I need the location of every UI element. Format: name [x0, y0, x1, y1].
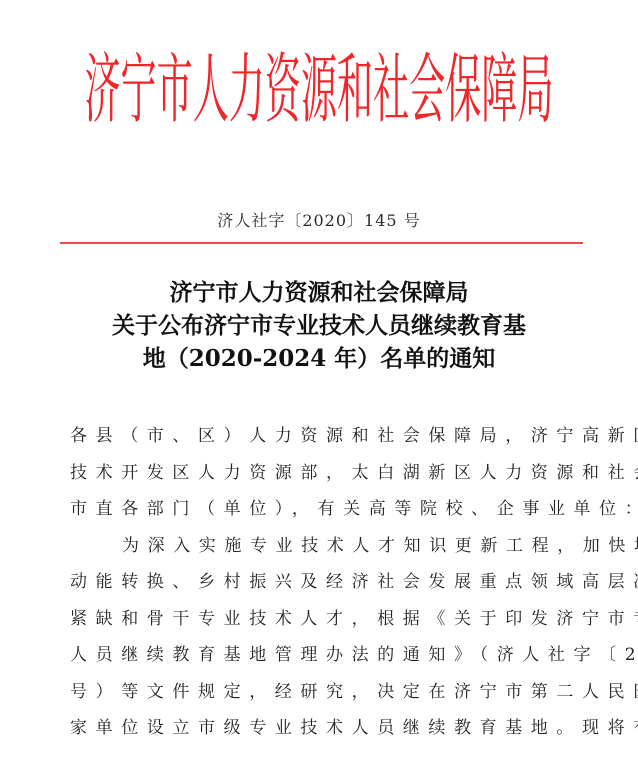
body-paragraph-line-2: 动能转换、乡村振兴及经济社会发展重点领域高层次、急需	[70, 564, 570, 601]
body-paragraph-line-4: 人员继续教育基地管理办法的通知》（济人社字〔2020〕102	[70, 637, 570, 674]
issuer-header-text: 济宁市人力资源和社会保障局	[84, 28, 553, 138]
body-paragraph-line-6: 家单位设立市级专业技术人员继续教育基地。现将有关事项	[70, 710, 570, 747]
title-line-1: 济宁市人力资源和社会保障局	[0, 276, 638, 309]
red-divider-rule	[60, 242, 583, 244]
document-number: 济人社字〔2020〕145 号	[0, 208, 638, 231]
title-line-2: 关于公布济宁市专业技术人员继续教育基	[0, 309, 638, 342]
addressee-line-1: 各县（市、区）人力资源和社会保障局，济宁高新区、经济	[70, 418, 570, 455]
title-line-3: 地（2020-2024 年）名单的通知	[0, 342, 638, 375]
addressee-line-2: 技术开发区人力资源部，太白湖新区人力资源和社会保障局，	[70, 455, 570, 492]
document-body: 各县（市、区）人力资源和社会保障局，济宁高新区、经济 技术开发区人力资源部，太白…	[70, 418, 570, 747]
addressee-line-3: 市直各部门（单位），有关高等院校、企事业单位：	[70, 491, 570, 528]
body-paragraph-line-1: 为深入实施专业技术人才知识更新工程，加快培养新旧	[70, 528, 570, 565]
issuer-header: 济宁市人力资源和社会保障局	[0, 38, 638, 128]
document-title: 济宁市人力资源和社会保障局 关于公布济宁市专业技术人员继续教育基 地（2020-…	[0, 276, 638, 375]
body-paragraph-line-3: 紧缺和骨干专业技术人才，根据《关于印发济宁市专业技术	[70, 601, 570, 638]
body-paragraph-line-5: 号）等文件规定，经研究，决定在济宁市第二人民医院等 25	[70, 674, 570, 711]
